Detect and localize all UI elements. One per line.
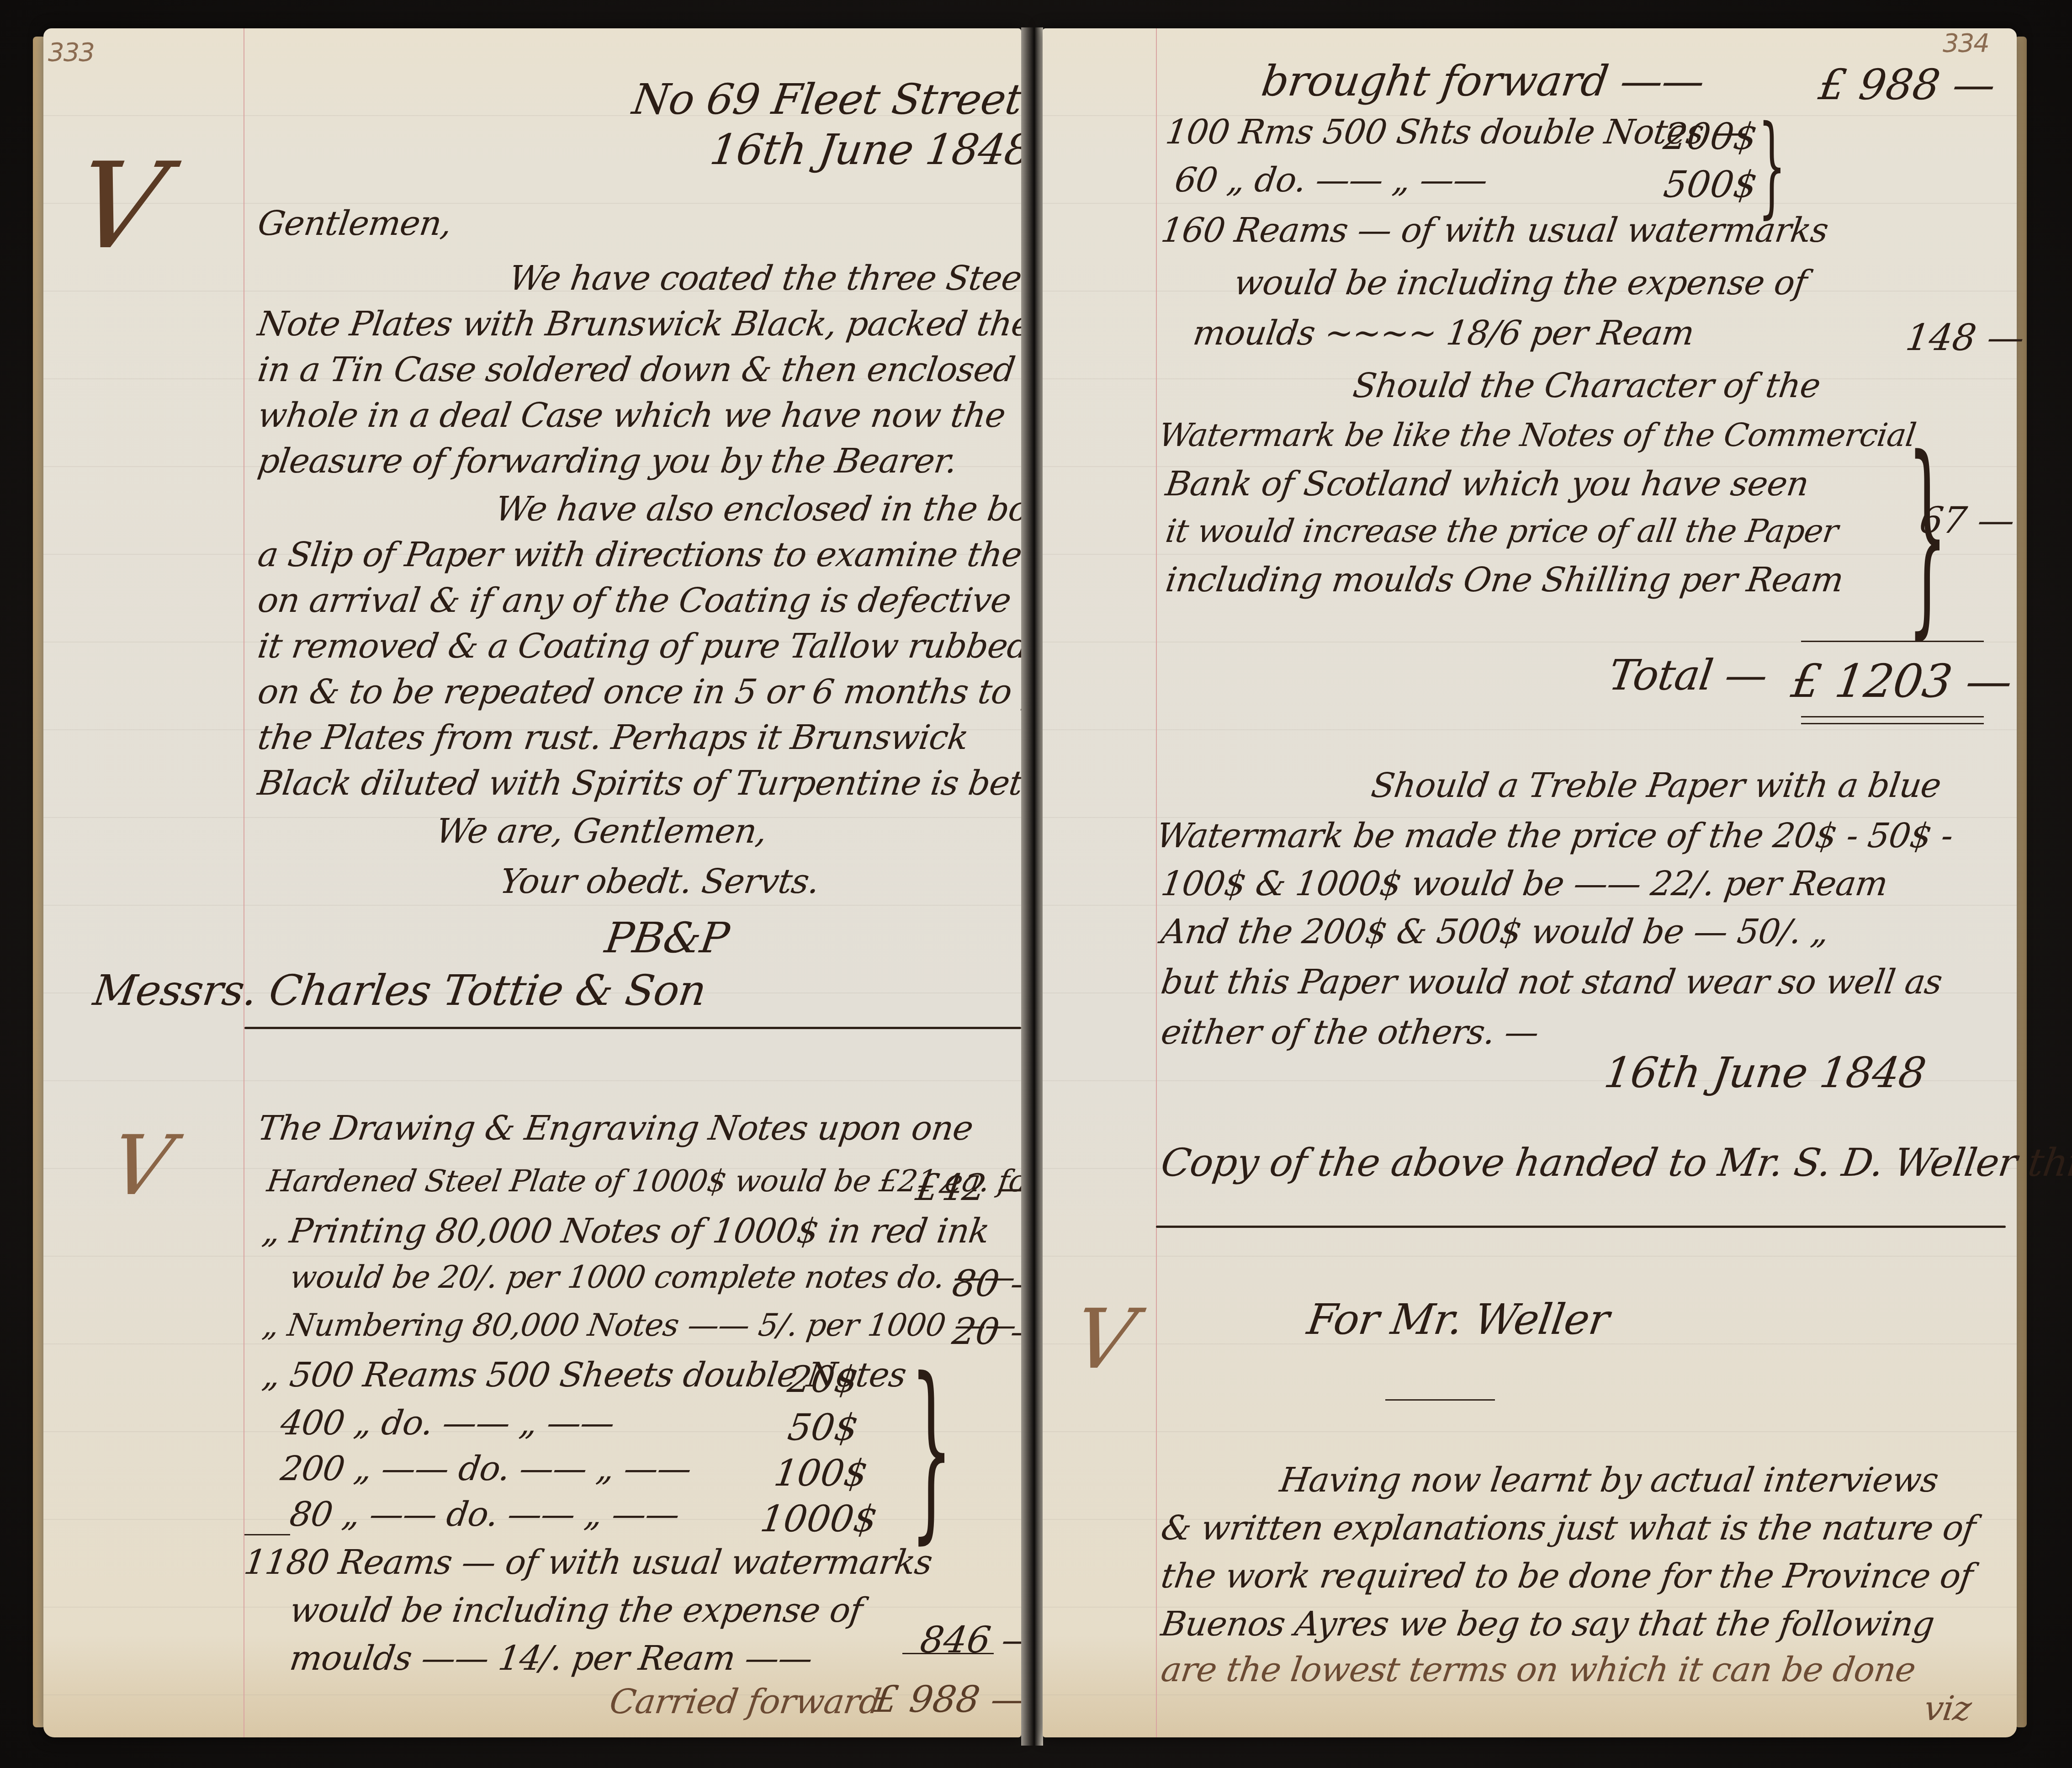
commercial-clause-line: it would increase the price of all the P… [1164, 515, 1840, 547]
letter-address: No 69 Fleet Street [630, 79, 1025, 121]
section-divider [1156, 1226, 2006, 1228]
letter-line: & written explanations just what is the … [1159, 1511, 1977, 1545]
letter-line: pleasure of forwarding you by the Bearer… [256, 444, 959, 478]
letter-line: Buenos Ayres we beg to say that the foll… [1159, 1607, 1936, 1641]
recipient: Messrs. Charles Tottie & Son [91, 970, 709, 1012]
brought-forward-amount: £ 988 — [1816, 60, 1998, 109]
right-page: 334 brought forward —— £ 988 — 100 Rms 5… [1043, 28, 2017, 1737]
commercial-clause-line: Bank of Scotland which you have seen [1164, 467, 1811, 501]
paper-total-line: 1180 Reams — of with usual watermarks [242, 1545, 934, 1579]
letter-line: We have coated the three Steel [507, 261, 1034, 295]
letter-line: the work required to be done for the Pro… [1159, 1559, 1975, 1593]
sum-rule [1801, 641, 1984, 642]
paper-total-line: would be including the expense of [288, 1593, 864, 1627]
brought-forward-label: brought forward —— [1259, 60, 1707, 102]
paper-line: 200 „ —— do. —— „ —— [279, 1452, 694, 1486]
commercial-clause-line: including moulds One Shilling per Ream [1164, 563, 1845, 597]
letter-line: on arrival & if any of the Coating is de… [256, 584, 1146, 617]
commercial-amount: 67 — [1917, 499, 2017, 542]
signature: PB&P [603, 917, 731, 959]
estimate-amount: £42 — [913, 1166, 1037, 1209]
margin-rule [244, 28, 244, 1737]
paper-total-line: moulds —— 14/. per Ream —— [288, 1641, 814, 1675]
letter-line: the Plates from rust. Perhaps it Brunswi… [256, 721, 970, 754]
denomination: 1000$ [758, 1497, 880, 1540]
paper-line: 80 „ —— do. —— „ —— [288, 1497, 682, 1531]
paper-line: 400 „ do. —— „ —— [279, 1406, 616, 1440]
page-number: 334 [1943, 28, 1989, 58]
date-2: 16th June 1848 [1602, 1052, 1929, 1094]
closing-servants: Your obedt. Servts. [498, 865, 821, 898]
margin-rule [1156, 28, 1157, 1737]
paper-line: 100 Rms 500 Shts double Notes — [1164, 115, 1749, 149]
treble-clause-line: And the 200$ & 500$ would be — 50/. „ [1159, 915, 1831, 949]
estimate-line: would be 20/. per 1000 complete notes do… [288, 1262, 1017, 1293]
letter-line: a Slip of Paper with directions to exami… [256, 538, 1136, 572]
letter-line: whole in a deal Case which we have now t… [256, 398, 1007, 432]
left-page: 333 No 69 Fleet Street 16th June 1848 V … [43, 28, 1021, 1737]
estimate-line: The Drawing & Engraving Notes upon one [256, 1111, 975, 1145]
total-amount: £ 1203 — [1788, 654, 2016, 708]
treble-clause-line: Watermark be made the price of the 20$ -… [1155, 819, 1955, 853]
denomination: 50$ [785, 1406, 861, 1449]
brace-icon: } [910, 1354, 953, 1545]
heading-underline [1385, 1399, 1495, 1401]
letter-date: 16th June 1848 [708, 129, 1034, 171]
total-label: Total — [1606, 654, 1770, 696]
denomination: 20$ [785, 1358, 861, 1401]
treble-clause-line: either of the others. — [1159, 1015, 1541, 1049]
paper-total-line: 160 Reams — of with usual watermarks [1159, 213, 1830, 247]
treble-clause-line: but this Paper would not stand wear so w… [1159, 965, 1944, 999]
double-rule [1801, 723, 1984, 724]
section-divider [244, 1027, 1021, 1029]
viz: viz [1922, 1692, 1973, 1726]
commercial-clause-line: Watermark be like the Notes of the Comme… [1157, 419, 1918, 451]
letter-line: in a Tin Case soldered down & then enclo… [256, 353, 1081, 387]
paper-total-line: would be including the expense of [1232, 266, 1809, 300]
page-number: 333 [48, 37, 94, 67]
treble-clause-line: Should a Treble Paper with a blue [1369, 769, 1943, 802]
underline [244, 1534, 290, 1535]
carried-forward-amount: £ 988 — [872, 1678, 1031, 1720]
denomination: 200$ [1661, 115, 1760, 158]
letter-line: Black diluted with Spirits of Turpentine… [256, 766, 1073, 800]
brace-icon: } [1758, 111, 1786, 220]
letter-heading: For Mr. Weller [1305, 1299, 1612, 1341]
closing: We are, Gentlemen, [434, 814, 769, 848]
paper-amount: 148 — [1903, 316, 2027, 359]
treble-clause-line: 100$ & 1000$ would be —— 22/. per Ream [1159, 867, 1890, 901]
estimate-line: „ Printing 80,000 Notes of 1000$ in red … [260, 1214, 991, 1248]
carried-forward-label: Carried forward [608, 1685, 883, 1719]
commercial-clause-line: Should the Character of the [1351, 369, 1823, 403]
sum-rule [902, 1653, 994, 1654]
letter-line: Note Plates with Brunswick Black, packed… [256, 307, 1065, 341]
book-gutter [1021, 27, 1043, 1746]
estimate-line: „ Numbering 80,000 Notes —— 5/. per 1000… [260, 1310, 1018, 1341]
paper-total-line: moulds ~~~~ 18/6 per Ream [1191, 316, 1696, 350]
letter-line: it removed & a Coating of pure Tallow ru… [256, 629, 1031, 663]
paper-line: 60 „ do. —— „ —— [1173, 163, 1489, 197]
salutation: Gentlemen, [256, 207, 454, 240]
denomination: 500$ [1661, 163, 1760, 206]
double-rule [1801, 716, 1984, 717]
denomination: 100$ [771, 1452, 870, 1494]
letter-line: Having now learnt by actual interviews [1278, 1463, 1940, 1497]
letter-line: are the lowest terms on which it can be … [1159, 1653, 1918, 1687]
copy-note: Copy of the above handed to Mr. S. D. We… [1159, 1143, 2072, 1182]
letter-line: We have also enclosed in the box [493, 492, 1049, 526]
